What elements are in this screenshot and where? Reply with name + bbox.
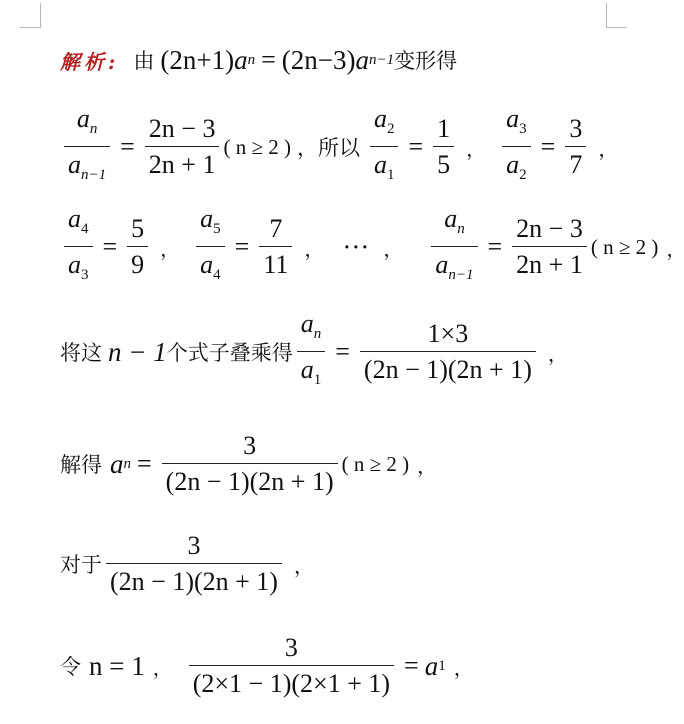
analysis-label: 解析: [60, 46, 119, 75]
fraction: 5 9 [127, 214, 148, 281]
fraction: an a1 [297, 309, 326, 396]
math-var: a [356, 45, 370, 76]
fraction: 7 11 [259, 214, 292, 281]
text: 对于 [60, 549, 102, 579]
condition: ( n ≥ 2 ) [342, 452, 410, 477]
math-expr: n = 1 [89, 651, 145, 682]
fraction: 3 (2n − 1)(2n + 1) [162, 431, 338, 498]
math-expr: n − 1 [108, 337, 167, 368]
solution-line-4: 将这 n − 1 个式子叠乘得 an a1 = 1×3 (2n − 1)(2n … [60, 316, 580, 388]
fraction: an an−1 [431, 204, 477, 291]
page-corner-mark-right [606, 3, 627, 28]
math-var: a [110, 449, 124, 480]
text: 个式子叠乘得 [167, 337, 293, 367]
solution-line-7: 令 n = 1 ， 3 (2×1 − 1)(2×1 + 1) = a1 ， [60, 630, 486, 702]
fraction: 1×3 (2n − 1)(2n + 1) [360, 319, 536, 386]
text: 令 [60, 651, 81, 681]
subscript: n−1 [369, 52, 394, 69]
math-var: a [234, 45, 248, 76]
solution-line-1: 解析: 由 (2n+1) an = (2n−3) an−1 变形得 [60, 40, 457, 80]
fraction: 3 7 [565, 114, 586, 181]
fraction: a5 a4 [196, 204, 225, 291]
fraction: an an−1 [64, 104, 110, 191]
solution-line-3: a4 a3 = 5 9 ， a5 a4 = 7 11 ， ··· ， an an… [60, 212, 684, 282]
text: ，所以 [297, 132, 360, 162]
fraction: a2 a1 [370, 104, 399, 191]
condition: ( n ≥ 2 ) [223, 135, 291, 160]
ellipsis: ··· [342, 232, 369, 263]
text: 将这 [60, 337, 102, 367]
text: 解得 [60, 449, 102, 479]
fraction: a3 a2 [502, 104, 531, 191]
text: 变形得 [394, 45, 457, 75]
fraction: 2n − 3 2n + 1 [512, 214, 587, 281]
math-var: a [425, 651, 439, 682]
solution-line-2: an an−1 = 2n − 3 2n + 1 ( n ≥ 2 ) ，所以 a2… [60, 112, 630, 182]
fraction: 1 5 [433, 114, 454, 181]
equals: = [261, 45, 276, 75]
subscript: n [248, 52, 256, 69]
page-corner-mark-left [20, 3, 41, 28]
fraction: 3 (2×1 − 1)(2×1 + 1) [189, 633, 394, 700]
solution-line-6: 对于 3 (2n − 1)(2n + 1) ， [60, 528, 326, 600]
condition: ( n ≥ 2 ) [591, 235, 659, 260]
math-expr: (2n−3) [282, 45, 356, 76]
solution-line-5: 解得 an = 3 (2n − 1)(2n + 1) ( n ≥ 2 ) ， [60, 428, 449, 500]
fraction: 2n − 3 2n + 1 [145, 114, 220, 181]
math-expr: (2n+1) [160, 45, 234, 76]
text: 由 [133, 45, 154, 75]
fraction: 3 (2n − 1)(2n + 1) [106, 531, 282, 598]
fraction: a4 a3 [64, 204, 93, 291]
